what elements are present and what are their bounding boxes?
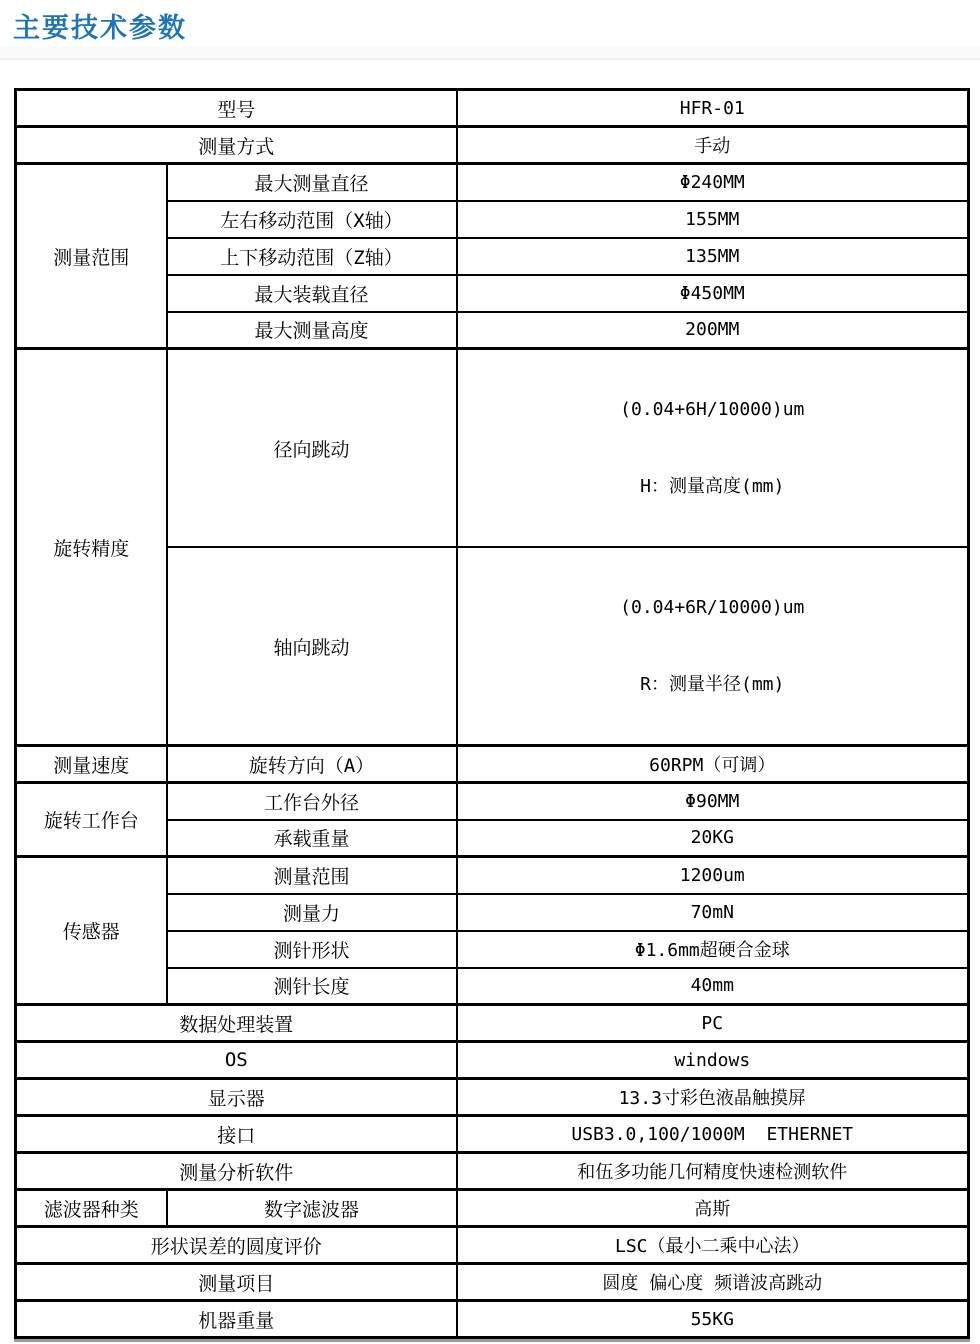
spec-value-cell: 40mm (457, 968, 969, 1005)
spec-sublabel-cell: 轴向跳动 (167, 547, 457, 746)
table-row: 测量速度 旋转方向（A） 60RPM（可调） (16, 746, 969, 783)
spec-value-cell: 手动 (457, 127, 969, 164)
spec-table: 型号 HFR-01 测量方式 手动 测量范围 最大测量直径 Φ240MM 左右移… (14, 88, 970, 1339)
spec-group-cell: 测量速度 (16, 746, 167, 783)
spec-value-cell: 高斯 (457, 1190, 969, 1227)
table-row: 滤波器种类 数字滤波器 高斯 (16, 1190, 969, 1227)
table-row: OS windows (16, 1042, 969, 1079)
spec-value-cell: HFR-01 (457, 90, 969, 127)
spec-label-cell: 测量项目 (16, 1264, 457, 1301)
spec-label-cell: 测量分析软件 (16, 1153, 457, 1190)
spec-value-cell: LSC（最小二乘中心法） (457, 1227, 969, 1264)
spec-value-cell: (0.04+6H/10000)um H：测量高度(mm) (457, 349, 969, 548)
spec-label-cell: 型号 (16, 90, 457, 127)
spec-label-cell: 测量方式 (16, 127, 457, 164)
spec-value-cell: (0.04+6R/10000)um R：测量半径(mm) (457, 547, 969, 746)
spec-value-cell: windows (457, 1042, 969, 1079)
table-row: 接口 USB3.0,100/1000M ETHERNET (16, 1116, 969, 1153)
spec-label-cell: 显示器 (16, 1079, 457, 1116)
spec-value-cell: 135MM (457, 238, 969, 275)
table-row: 机器重量 55KG (16, 1301, 969, 1338)
spec-label-cell: 机器重量 (16, 1301, 457, 1338)
spec-sublabel-cell: 最大测量直径 (167, 164, 457, 201)
spec-sublabel-cell: 左右移动范围（X轴） (167, 201, 457, 238)
spec-value-cell: Φ450MM (457, 275, 969, 312)
spec-value-cell: 55KG (457, 1301, 969, 1338)
spec-label-cell: 接口 (16, 1116, 457, 1153)
spec-value-cell: 和伍多功能几何精度快速检测软件 (457, 1153, 969, 1190)
table-row: 型号 HFR-01 (16, 90, 969, 127)
spec-group-cell: 测量范围 (16, 164, 167, 349)
value-line-2: H：测量高度(mm) (462, 469, 964, 504)
page-title: 主要技术参数 (13, 6, 187, 45)
spec-value-cell: PC (457, 1005, 969, 1042)
table-row: 旋转精度 径向跳动 (0.04+6H/10000)um H：测量高度(mm) (16, 349, 969, 548)
table-row: 数据处理装置 PC (16, 1005, 969, 1042)
spec-sublabel-cell: 测量力 (167, 894, 457, 931)
spec-label-cell: 数据处理装置 (16, 1005, 457, 1042)
spec-value-cell: 200MM (457, 312, 969, 349)
spec-label-cell: OS (16, 1042, 457, 1079)
spec-value-cell: 155MM (457, 201, 969, 238)
value-line-2: R：测量半径(mm) (462, 667, 964, 702)
spec-value-cell: 13.3寸彩色液晶触摸屏 (457, 1079, 969, 1116)
spec-value-cell: 60RPM（可调） (457, 746, 969, 783)
table-row: 传感器 测量范围 1200um (16, 857, 969, 894)
table-row: 显示器 13.3寸彩色液晶触摸屏 (16, 1079, 969, 1116)
spec-value-cell: 圆度 偏心度 频谱波高跳动 (457, 1264, 969, 1301)
spec-label-cell: 形状误差的圆度评价 (16, 1227, 457, 1264)
value-line-1: (0.04+6R/10000)um (462, 590, 964, 625)
table-row: 测量项目 圆度 偏心度 频谱波高跳动 (16, 1264, 969, 1301)
spec-sublabel-cell: 测针形状 (167, 931, 457, 968)
spec-sublabel-cell: 测量范围 (167, 857, 457, 894)
spec-value-cell: USB3.0,100/1000M ETHERNET (457, 1116, 969, 1153)
spec-value-cell: Φ90MM (457, 783, 969, 820)
spec-sublabel-cell: 最大测量高度 (167, 312, 457, 349)
spec-sublabel-cell: 最大装载直径 (167, 275, 457, 312)
table-row: 测量方式 手动 (16, 127, 969, 164)
spec-value-cell: 1200um (457, 857, 969, 894)
spec-sublabel-cell: 承载重量 (167, 820, 457, 857)
spec-group-cell: 旋转工作台 (16, 783, 167, 857)
spec-group-cell: 滤波器种类 (16, 1190, 167, 1227)
table-row: 旋转工作台 工作台外径 Φ90MM (16, 783, 969, 820)
title-divider (0, 47, 980, 60)
spec-sublabel-cell: 测针长度 (167, 968, 457, 1005)
spec-sublabel-cell: 径向跳动 (167, 349, 457, 548)
table-row: 测量分析软件 和伍多功能几何精度快速检测软件 (16, 1153, 969, 1190)
spec-sublabel-cell: 上下移动范围（Z轴） (167, 238, 457, 275)
table-row: 测量范围 最大测量直径 Φ240MM (16, 164, 969, 201)
spec-value-cell: Φ1.6mm超硬合金球 (457, 931, 969, 968)
spec-value-cell: 20KG (457, 820, 969, 857)
table-row: 形状误差的圆度评价 LSC（最小二乘中心法） (16, 1227, 969, 1264)
spec-sublabel-cell: 数字滤波器 (167, 1190, 457, 1227)
spec-value-cell: 70mN (457, 894, 969, 931)
spec-value-cell: Φ240MM (457, 164, 969, 201)
spec-group-cell: 传感器 (16, 857, 167, 1005)
spec-group-cell: 旋转精度 (16, 349, 167, 746)
spec-sublabel-cell: 工作台外径 (167, 783, 457, 820)
spec-sublabel-cell: 旋转方向（A） (167, 746, 457, 783)
value-line-1: (0.04+6H/10000)um (462, 392, 964, 427)
